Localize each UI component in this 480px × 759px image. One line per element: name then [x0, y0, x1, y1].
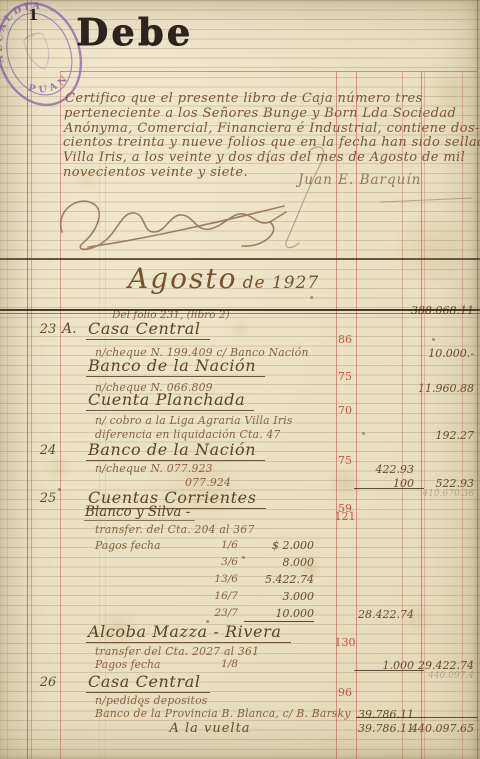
entry-detail: transfer. del Cta. 204 al 367 [95, 523, 255, 536]
ledger-page: · ALCALDIA · PUAN 1 Debe Certifico que e… [0, 0, 480, 759]
account-subtitle: Blanco y Silva - [84, 504, 195, 521]
payment-date: 13/6 [198, 573, 238, 585]
payment-label: Pagos fecha [95, 539, 160, 552]
certificate-line: perteneciente a los Señores Bunge y Born… [64, 107, 456, 122]
payment-amount: 5.422.74 [244, 573, 314, 586]
month-year: de 1927 [243, 273, 320, 293]
ledger-line: 23A.Casa Central86 [0, 319, 480, 338]
folio-number: 1 [28, 6, 39, 24]
payment-amount: 8.000 [244, 556, 314, 569]
amount-inner: 28.422.74 [350, 608, 414, 621]
account-title: Cuenta Planchada [86, 390, 254, 411]
paper-speck [310, 296, 313, 299]
account-title: Casa Central [86, 672, 210, 693]
page-header-debe: Debe [76, 10, 193, 54]
payment-amount: 10.000 [244, 607, 314, 622]
ledger-line: Banco de la Nación75 [0, 356, 480, 375]
month-name: Agosto [128, 262, 237, 295]
certificate-line: Certifico que el presente libro de Caja … [65, 92, 423, 107]
account-title: Banco de la Nación [86, 356, 265, 377]
horizontal-rule [0, 258, 480, 260]
paper-stain [390, 210, 470, 290]
amount-inner: 39.786.11 [350, 722, 414, 735]
entry-date: 26 [38, 675, 58, 690]
totals-label: A la vuelta [145, 721, 275, 736]
certificate-line: novecientos veinte y siete. [63, 166, 248, 181]
ledger-line: 24Banco de la Nación75 [0, 440, 480, 459]
certificate-line: cientos treinta y nueve folios que en la… [63, 136, 480, 151]
entry-date: 23 [38, 322, 58, 337]
payment-label: Pagos fecha [95, 658, 160, 671]
signature-name: Juan E. Barquín [298, 172, 421, 188]
account-title: Alcoba Mazza - Rivera [86, 622, 291, 643]
payment-date: 23/7 [198, 607, 238, 619]
ledger-line: Cuenta Planchada70 [0, 390, 480, 409]
payment-date: 1/8 [198, 658, 238, 670]
month-heading: Agosto de 1927 [128, 262, 319, 295]
amount-inner: 1.000 [350, 659, 414, 672]
payment-date: 3/6 [198, 556, 238, 568]
payment-amount: $ 2.000 [244, 539, 314, 552]
ledger-line: A la vuelta39.786.11440.097.65 [0, 719, 480, 738]
ledger-line: 26Casa Central96 [0, 672, 480, 691]
account-title: Banco de la Nación [86, 440, 265, 461]
account-title: Casa Central [86, 319, 210, 340]
horizontal-rule [60, 71, 477, 72]
paper-speck [432, 338, 435, 341]
ledger-line: Alcoba Mazza - Rivera130 [0, 622, 480, 641]
payment-date: 16/7 [198, 590, 238, 602]
entry-date: 24 [38, 443, 58, 458]
entry-prefix: A. [62, 321, 77, 337]
payment-date: 1/6 [198, 539, 238, 551]
certificate-line: Villa Iris, a los veinte y dos días del … [63, 151, 465, 166]
amount-outer: 440.097.65 [410, 722, 474, 735]
payment-amount: 3.000 [244, 590, 314, 603]
